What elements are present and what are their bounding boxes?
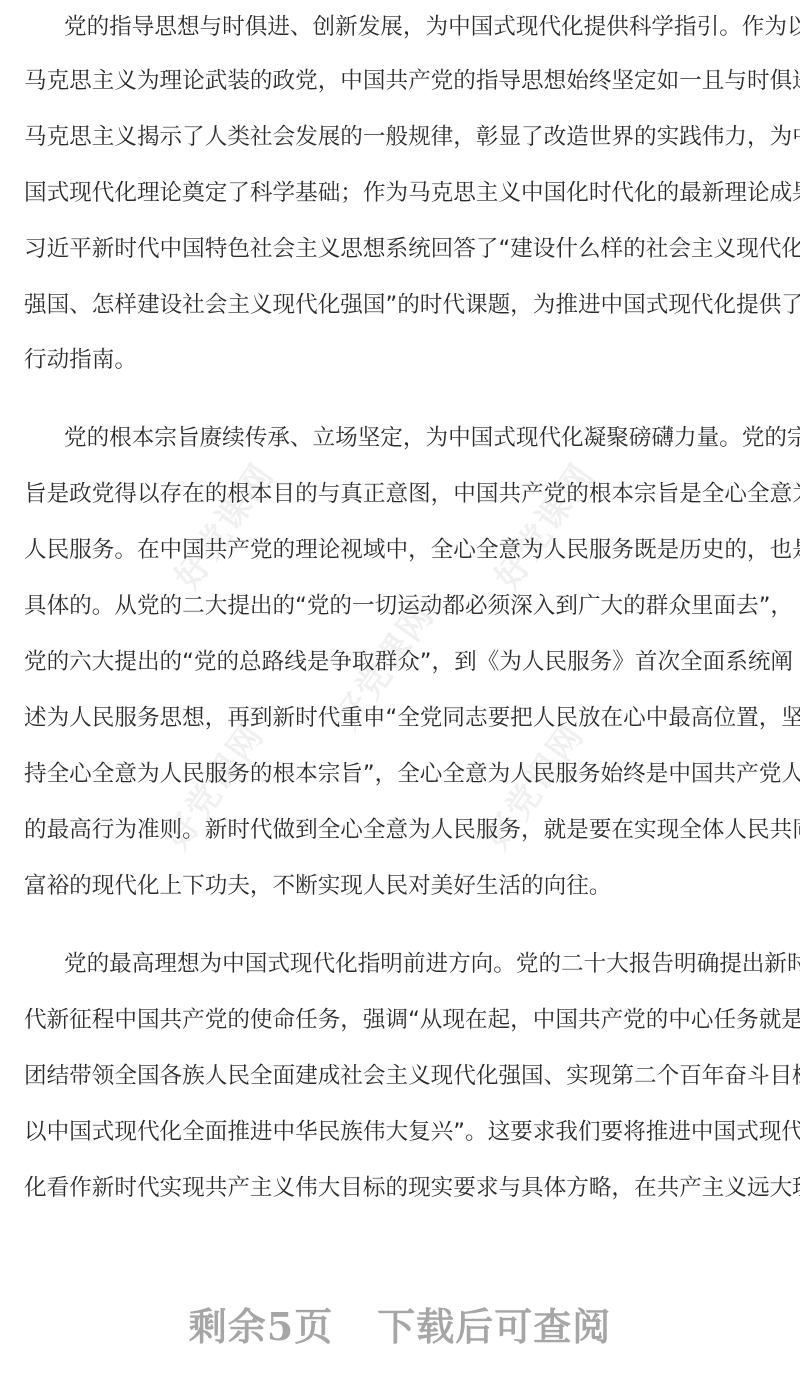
- text-line: 马克思主义为理论武装的政党，中国共产党的指导思想始终坚定如一且与时俱进。: [24, 66, 800, 96]
- watermark: 好党课网: [161, 451, 284, 597]
- text-line: 习近平新时代中国特色社会主义思想系统回答了“建设什么样的社会主义现代化: [24, 234, 800, 264]
- text-line: 以中国式现代化全面推进中华民族伟大复兴”。这要求我们要将推进中国式现代: [24, 1117, 800, 1147]
- text-line: 代新征程中国共产党的使命任务，强调“从现在起，中国共产党的中心任务就是: [24, 1005, 800, 1035]
- text-line: 旨是政党得以存在的根本目的与真正意图，中国共产党的根本宗旨是全心全意为: [24, 479, 800, 509]
- text-line: 强国、怎样建设社会主义现代化强国”的时代课题，为推进中国式现代化提供了: [24, 290, 800, 320]
- text-line: 富裕的现代化上下功夫，不断实现人民对美好生活的向往。: [24, 871, 611, 901]
- text-line: 团结带领全国各族人民全面建成社会主义现代化强国、实现第二个百年奋斗目标，: [24, 1061, 800, 1091]
- text-line: 党的六大提出的“党的总路线是争取群众”，到《为人民服务》首次全面系统阐: [24, 647, 793, 677]
- download-prompt-banner[interactable]: 剩余5页下载后可查阅: [0, 1296, 800, 1351]
- document-page: 好党课网 好党课网 好党课网 好党课网 好党课网 党的指导思想与时俱进、创新发展…: [0, 0, 800, 1395]
- text-line: 化看作新时代实现共产主义伟大目标的现实要求与具体方略，在共产主义远大理: [24, 1173, 800, 1203]
- text-line: 持全心全意为人民服务的根本宗旨”，全心全意为人民服务始终是中国共产党人: [24, 759, 800, 789]
- text-line: 党的最高理想为中国式现代化指明前进方向。党的二十大报告明确提出新时: [64, 949, 800, 979]
- download-to-view-label[interactable]: 下载后可查阅: [377, 1304, 611, 1349]
- text-line: 国式现代化理论奠定了科学基础；作为马克思主义中国化时代化的最新理论成果，: [24, 178, 800, 208]
- text-line: 行动指南。: [24, 345, 137, 375]
- text-line: 马克思主义揭示了人类社会发展的一般规律，彰显了改造世界的实践伟力，为中: [24, 122, 800, 152]
- text-line: 党的根本宗旨赓续传承、立场坚定，为中国式现代化凝聚磅礴力量。党的宗: [64, 423, 800, 453]
- text-line: 具体的。从党的二大提出的“党的一切运动都必须深入到广大的群众里面去”，: [24, 591, 793, 621]
- text-line: 党的指导思想与时俱进、创新发展，为中国式现代化提供科学指引。作为以: [64, 12, 800, 42]
- watermark: 好党课网: [481, 451, 604, 597]
- text-line: 述为人民服务思想，再到新时代重申“全党同志要把人民放在心中最高位置，坚: [24, 703, 800, 733]
- text-line: 人民服务。在中国共产党的理论视域中，全心全意为人民服务既是历史的，也是: [24, 535, 800, 565]
- text-line: 的最高行为准则。新时代做到全心全意为人民服务，就是要在实现全体人民共同: [24, 815, 800, 845]
- remaining-pages-label: 剩余5页: [189, 1304, 333, 1349]
